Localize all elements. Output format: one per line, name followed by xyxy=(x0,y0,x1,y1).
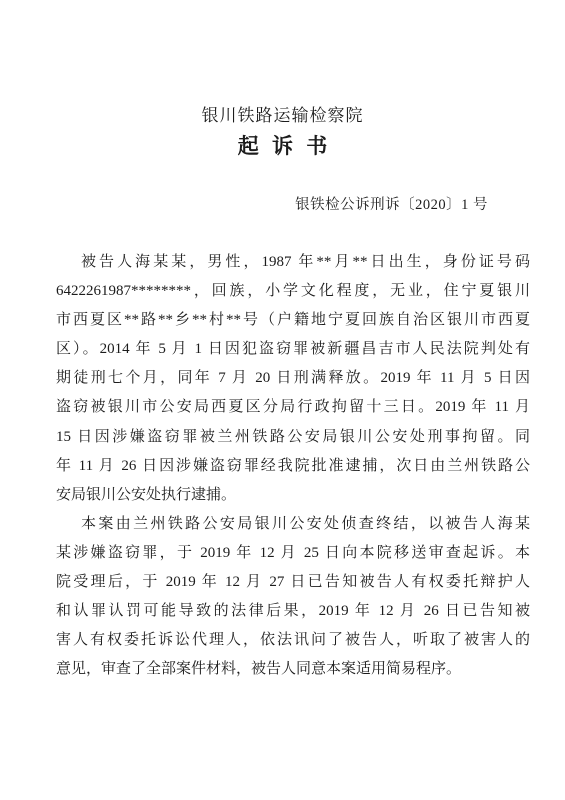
body-line: 期徒刑七个月，同年 7 月 20 日刑满释放。2019 年 11 月 5 日因 xyxy=(56,364,530,393)
body-line: 本案由兰州铁路公安局银川公安处侦查终结，以被告人海某 xyxy=(56,510,530,539)
body-line: 年 11 月 26 日因涉嫌盗窃罪经我院批准逮捕，次日由兰州铁路公 xyxy=(56,452,530,481)
body-line: 安局银川公安处执行逮捕。 xyxy=(56,481,530,510)
body-line: 市西夏区**路**乡**村**号（户籍地宁夏回族自治区银川市西夏 xyxy=(56,306,530,335)
document-page: 银川铁路运输检察院 起 诉 书 银铁检公诉刑诉〔2020〕1 号 被告人海某某，… xyxy=(0,0,565,800)
body-line: 某涉嫌盗窃罪，于 2019 年 12 月 25 日向本院移送审查起诉。本 xyxy=(56,539,530,568)
body-line: 院受理后，于 2019 年 12 月 27 日已告知被告人有权委托辩护人 xyxy=(56,568,530,597)
body-line: 害人有权委托诉讼代理人，依法讯问了被告人，听取了被害人的 xyxy=(56,626,530,655)
body-line: 盗窃被银川市公安局西夏区分局行政拘留十三日。2019 年 11 月 xyxy=(56,393,530,422)
body-line: 被告人海某某，男性，1987 年**月**日出生，身份证号码 xyxy=(56,248,530,277)
document-number: 银铁检公诉刑诉〔2020〕1 号 xyxy=(295,193,488,214)
body-line: 和认罪认罚可能导致的法律后果，2019 年 12 月 26 日已告知被 xyxy=(56,597,530,626)
document-body: 被告人海某某，男性，1987 年**月**日出生，身份证号码 642226198… xyxy=(56,248,530,684)
document-type-title: 起 诉 书 xyxy=(0,130,565,160)
body-line: 6422261987********，回族，小学文化程度，无业，住宁夏银川 xyxy=(56,277,530,306)
body-line: 15 日因涉嫌盗窃罪被兰州铁路公安局银川公安处刑事拘留。同 xyxy=(56,423,530,452)
body-line: 意见，审查了全部案件材料，被告人同意本案适用简易程序。 xyxy=(56,655,530,684)
issuing-authority-title: 银川铁路运输检察院 xyxy=(0,101,565,126)
body-line: 区）。2014 年 5 月 1 日因犯盗窃罪被新疆昌吉市人民法院判处有 xyxy=(56,335,530,364)
